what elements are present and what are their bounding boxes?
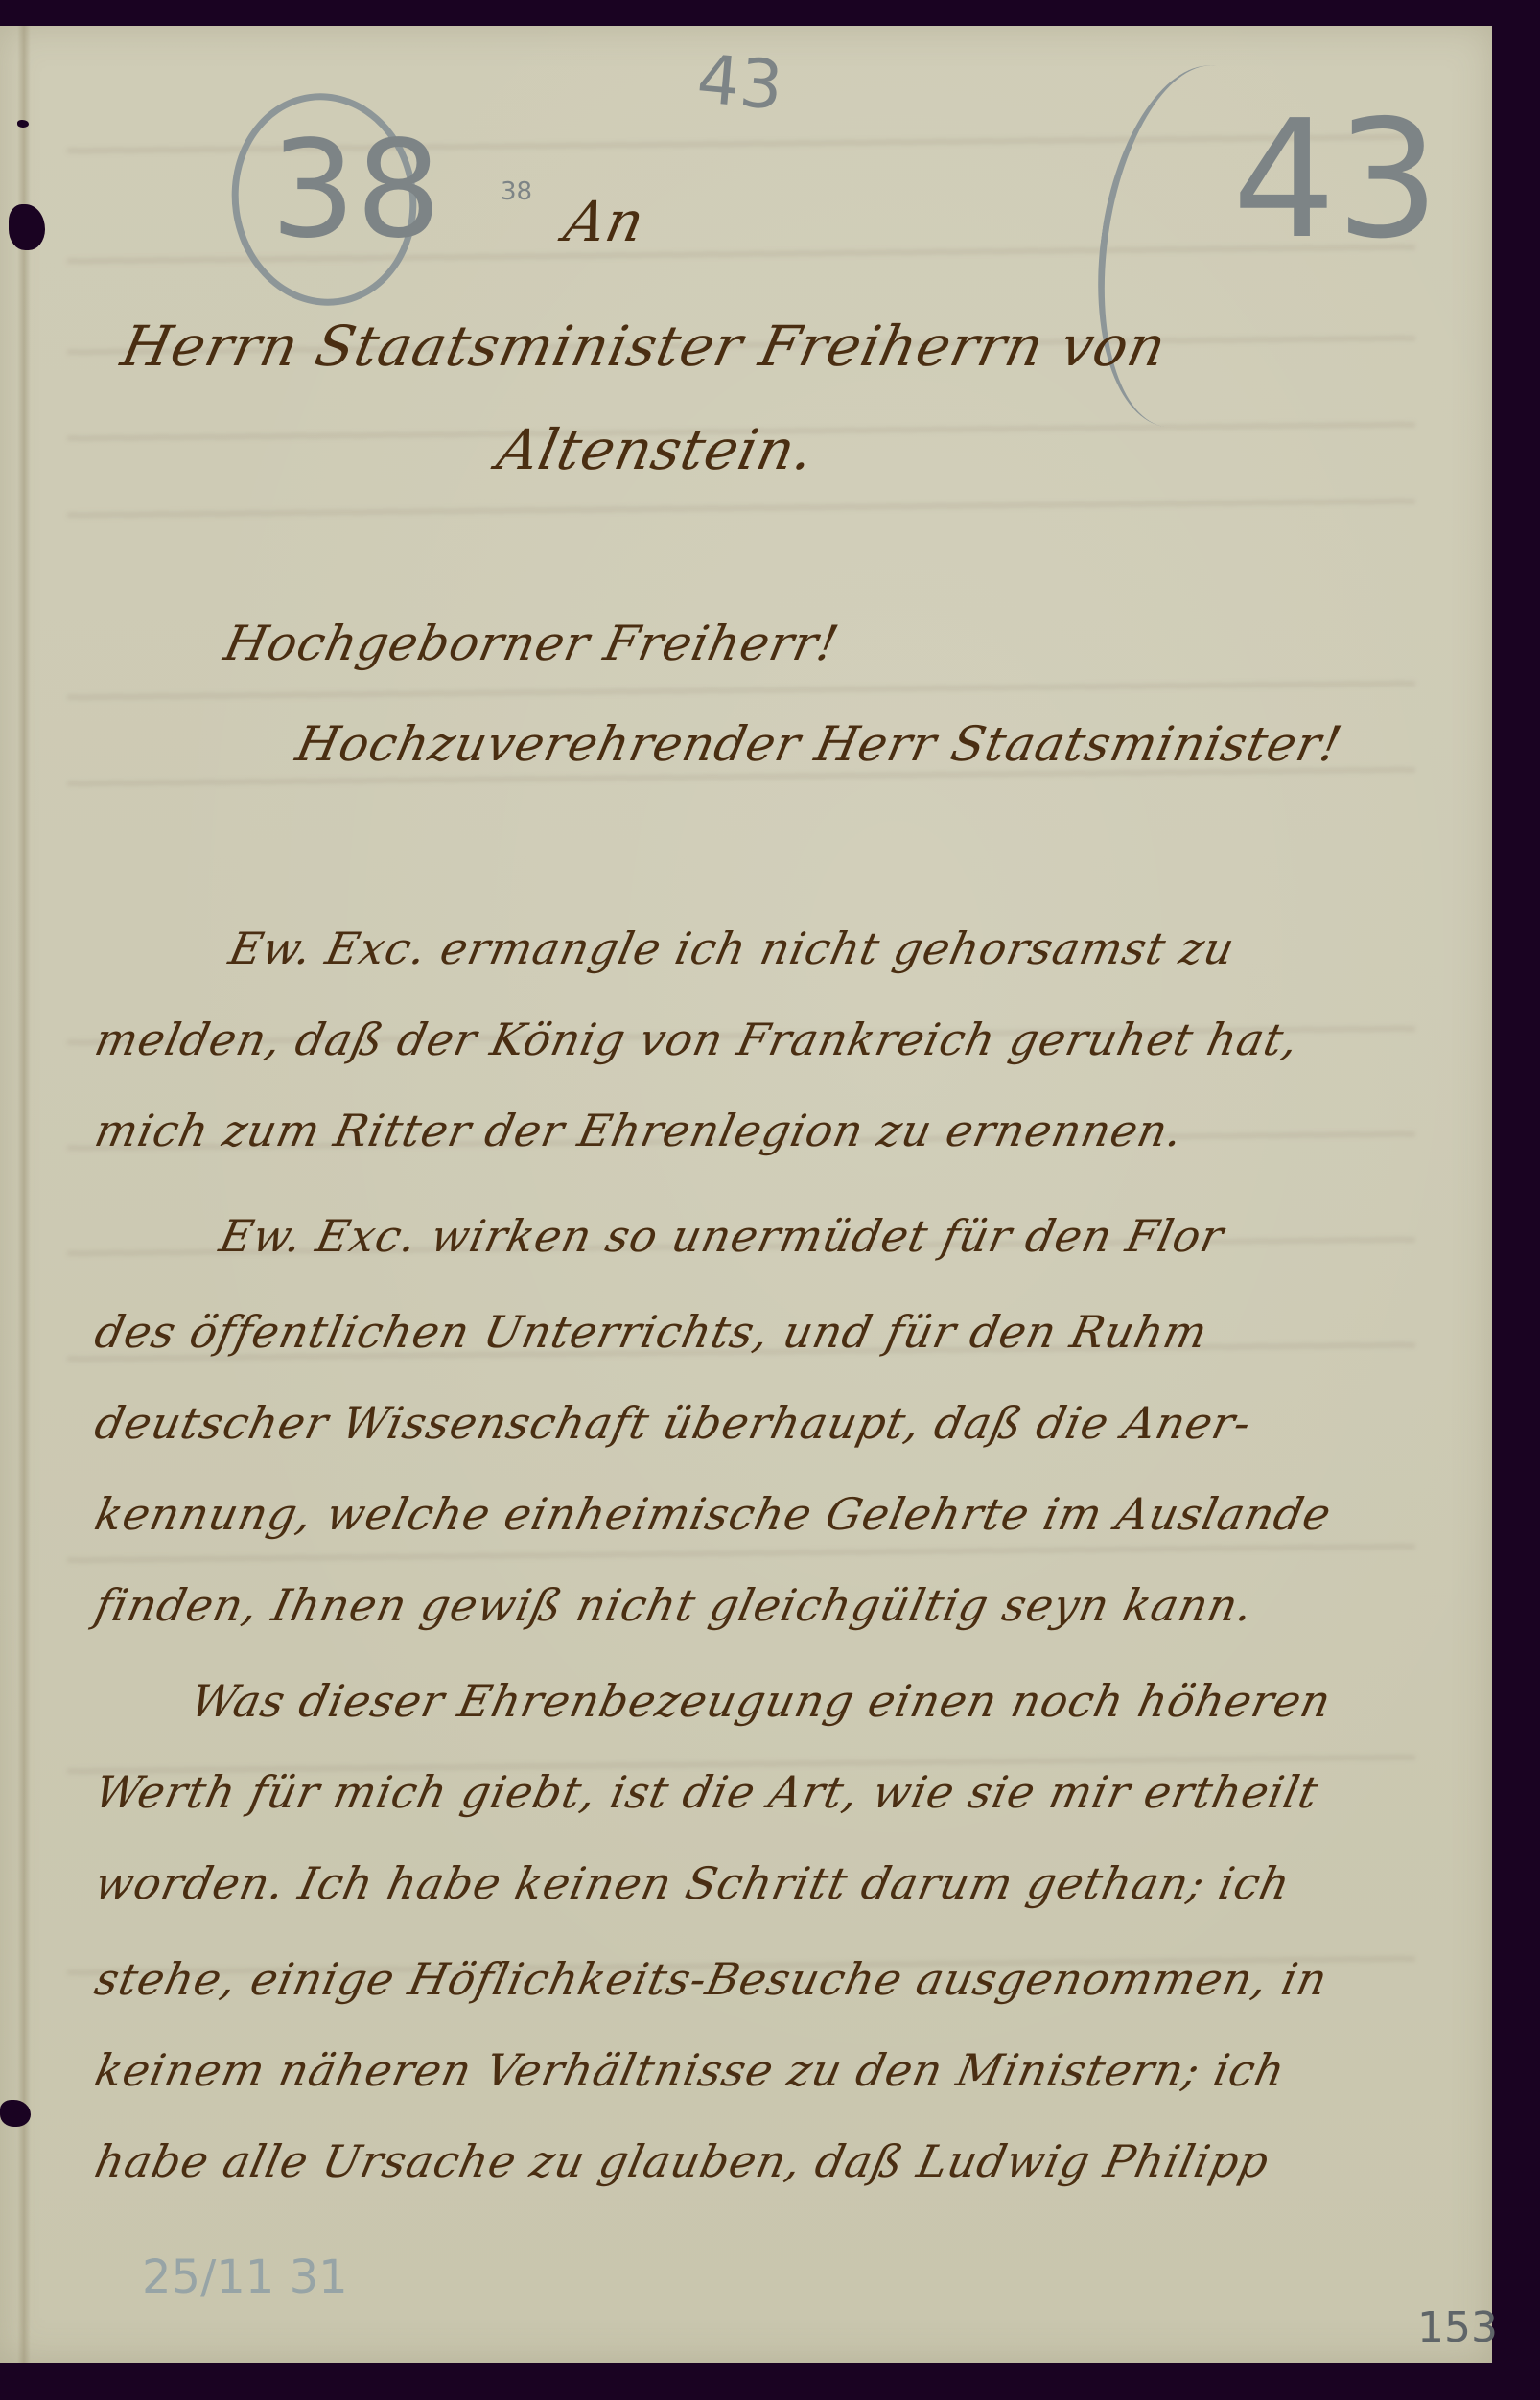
salutation-line-1: Hochgeborner Freiherr!	[220, 616, 844, 671]
body-line: worden. Ich habe keinen Schritt darum ge…	[90, 1857, 1295, 1909]
show-through	[67, 681, 1415, 701]
body-line: Werth für mich giebt, ist die Art, wie s…	[90, 1766, 1323, 1818]
body-line: keinem näheren Verhältnisse zu den Minis…	[90, 2044, 1290, 2096]
body-line: des öffentlichen Unterrichts, und für de…	[90, 1306, 1212, 1358]
salutation-line-2: Hochzuverehrender Herr Staatsminister!	[292, 716, 1347, 772]
body-line: deutscher Wissenschaft überhaupt, daß di…	[90, 1397, 1256, 1449]
address-line-1: An	[559, 189, 651, 254]
fold-line	[17, 26, 31, 2363]
show-through	[67, 499, 1415, 519]
body-line: habe alle Ursache zu glauben, daß Ludwig…	[90, 2135, 1273, 2187]
body-line: mich zum Ritter der Ehrenlegion zu ernen…	[90, 1105, 1188, 1156]
folio-number: 153	[1417, 2303, 1498, 2352]
body-line: stehe, einige Höflichkeits-Besuche ausge…	[90, 1953, 1332, 2005]
address-line-3: Altenstein.	[492, 417, 821, 482]
address-line-2: Herrn Staatsminister Freiherrn von	[116, 314, 1173, 379]
body-line: Ew. Exc. wirken so unermüdet für den Flo…	[215, 1210, 1228, 1262]
binding-hole	[0, 2100, 31, 2127]
date-note: 25/11 31	[142, 2250, 348, 2304]
body-line: kennung, welche einheimische Gelehrte im…	[90, 1488, 1336, 1540]
top-number: 43	[694, 39, 786, 125]
letter-page: 38 38 43 43 25/11 31 153 An Herrn Staats…	[0, 26, 1492, 2363]
binding-hole	[9, 204, 45, 250]
small-number: 38	[501, 177, 532, 206]
ink-spot	[17, 120, 29, 128]
show-through	[67, 1544, 1415, 1564]
large-number: 43	[1232, 85, 1439, 275]
body-line: finden, Ihnen gewiß nicht gleichgültig s…	[90, 1579, 1258, 1631]
body-line: Ew. Exc. ermangle ich nicht gehorsamst z…	[224, 922, 1239, 974]
circled-number: 38	[270, 112, 441, 268]
body-line: Was dieser Ehrenbezeugung einen noch höh…	[186, 1675, 1336, 1727]
body-line: melden, daß der König von Frankreich ger…	[90, 1014, 1303, 1065]
